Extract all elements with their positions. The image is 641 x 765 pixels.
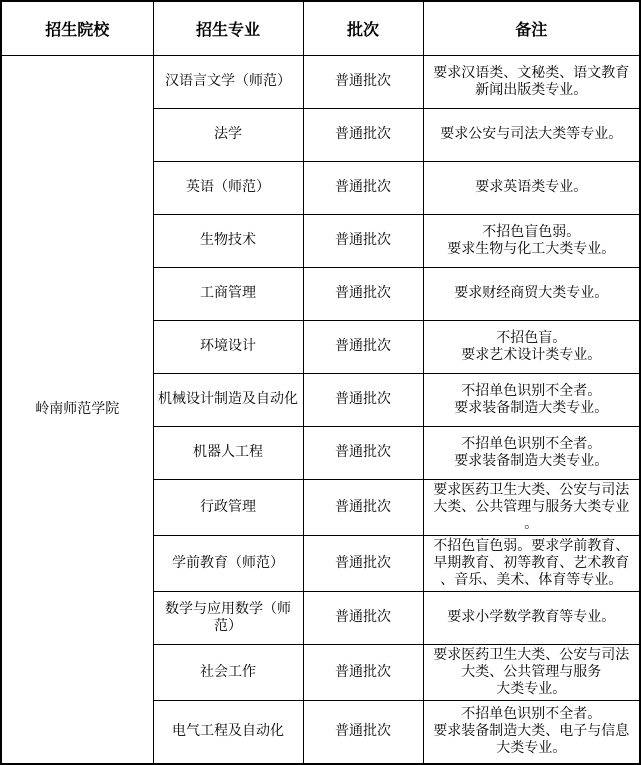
header-college: 招生院校 bbox=[1, 1, 153, 55]
header-major: 招生专业 bbox=[153, 1, 303, 55]
table-row: 岭南师范学院汉语言文学（师范） 普通批次 要求汉语类、文秘类、语文教育 新闻出版… bbox=[1, 55, 640, 108]
major-cell: 电气工程及自动化 bbox=[153, 700, 303, 764]
remark-cell: 要求英语类专业。 bbox=[423, 161, 640, 214]
remark-cell: 不招色盲。 要求艺术设计类专业。 bbox=[423, 320, 640, 373]
page: 招生院校 招生专业 批次 备注 岭南师范学院汉语言文学（师范） 普通批次 要求汉… bbox=[0, 0, 641, 758]
table-header-row: 招生院校 招生专业 批次 备注 bbox=[1, 1, 640, 55]
batch-cell: 普通批次 bbox=[303, 55, 423, 108]
batch-cell: 普通批次 bbox=[303, 108, 423, 161]
major-cell: 数学与应用数学（师 范） bbox=[153, 591, 303, 644]
major-cell: 行政管理 bbox=[153, 479, 303, 535]
major-cell: 环境设计 bbox=[153, 320, 303, 373]
batch-cell: 普通批次 bbox=[303, 214, 423, 267]
remark-cell: 要求汉语类、文秘类、语文教育 新闻出版类专业。 bbox=[423, 55, 640, 108]
major-cell: 英语（师范） bbox=[153, 161, 303, 214]
major-cell: 汉语言文学（师范） bbox=[153, 55, 303, 108]
major-cell: 机器人工程 bbox=[153, 426, 303, 479]
batch-cell: 普通批次 bbox=[303, 426, 423, 479]
major-cell: 机械设计制造及自动化 bbox=[153, 373, 303, 426]
batch-cell: 普通批次 bbox=[303, 161, 423, 214]
batch-cell: 普通批次 bbox=[303, 373, 423, 426]
header-batch: 批次 bbox=[303, 1, 423, 55]
remark-cell: 要求财经商贸大类专业。 bbox=[423, 267, 640, 320]
remark-cell: 要求小学数学教育等专业。 bbox=[423, 591, 640, 644]
batch-cell: 普通批次 bbox=[303, 591, 423, 644]
admission-table: 招生院校 招生专业 批次 备注 岭南师范学院汉语言文学（师范） 普通批次 要求汉… bbox=[0, 0, 641, 765]
remark-cell: 不招色盲色弱。要求学前教育、 早期教育、初等教育、艺术教育 、音乐、美术、体育等… bbox=[423, 535, 640, 591]
table-body: 岭南师范学院汉语言文学（师范） 普通批次 要求汉语类、文秘类、语文教育 新闻出版… bbox=[1, 55, 640, 764]
batch-cell: 普通批次 bbox=[303, 267, 423, 320]
batch-cell: 普通批次 bbox=[303, 535, 423, 591]
major-cell: 学前教育（师范） bbox=[153, 535, 303, 591]
batch-cell: 普通批次 bbox=[303, 479, 423, 535]
remark-cell: 不招单色识别不全者。 要求装备制造大类专业。 bbox=[423, 426, 640, 479]
batch-cell: 普通批次 bbox=[303, 700, 423, 764]
batch-cell: 普通批次 bbox=[303, 320, 423, 373]
major-cell: 工商管理 bbox=[153, 267, 303, 320]
remark-cell: 不招单色识别不全者。 要求装备制造大类、电子与信息 大类专业。 bbox=[423, 700, 640, 764]
remark-cell: 要求医药卫生大类、公安与司法 大类、公共管理与服务 大类专业。 bbox=[423, 644, 640, 700]
remark-cell: 要求公安与司法大类等专业。 bbox=[423, 108, 640, 161]
remark-cell: 要求医药卫生大类、公安与司法 大类、公共管理与服务大类专业 。 bbox=[423, 479, 640, 535]
major-cell: 法学 bbox=[153, 108, 303, 161]
remark-cell: 不招色盲色弱。 要求生物与化工大类专业。 bbox=[423, 214, 640, 267]
header-remark: 备注 bbox=[423, 1, 640, 55]
remark-cell: 不招单色识别不全者。 要求装备制造大类专业。 bbox=[423, 373, 640, 426]
major-cell: 生物技术 bbox=[153, 214, 303, 267]
batch-cell: 普通批次 bbox=[303, 644, 423, 700]
major-cell: 社会工作 bbox=[153, 644, 303, 700]
college-cell: 岭南师范学院 bbox=[1, 55, 153, 764]
